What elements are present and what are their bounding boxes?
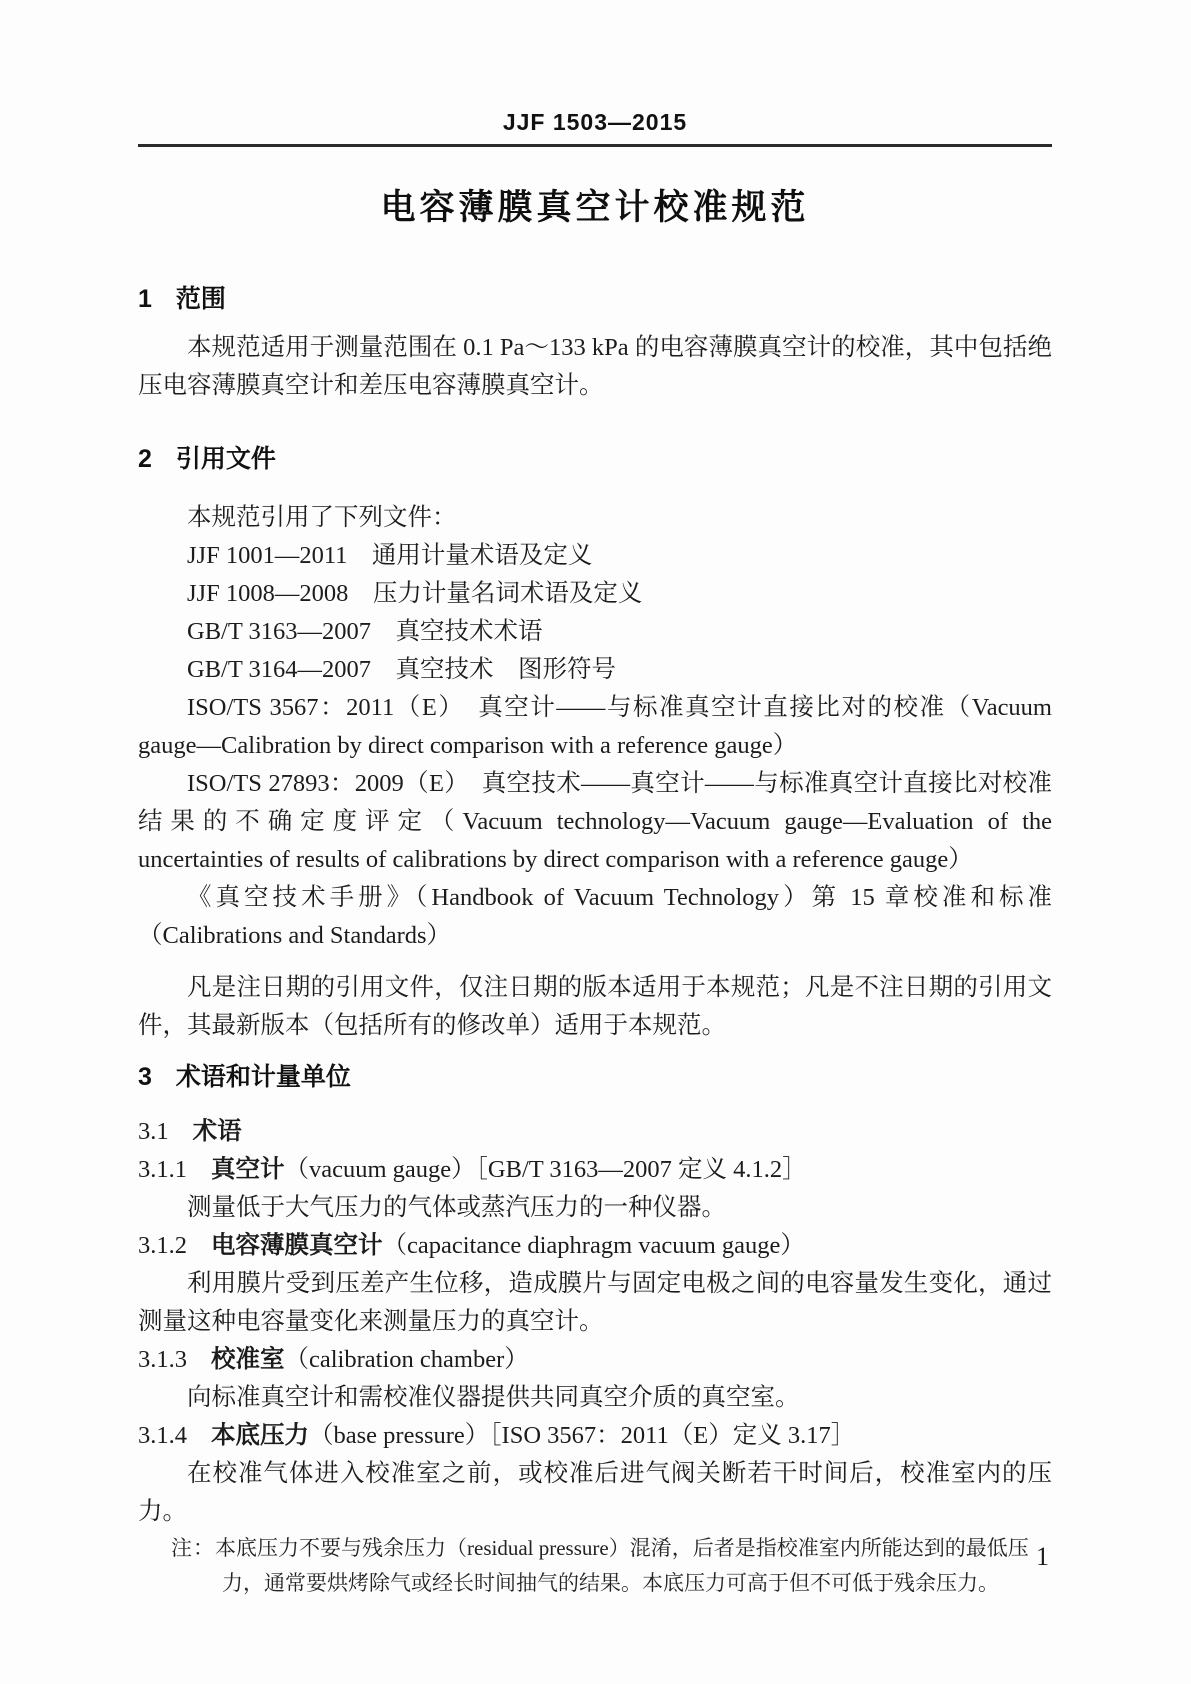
term-definition-3-1-1: 测量低于大气压力的气体或蒸汽压力的一种仪器。	[138, 1189, 1052, 1227]
term-number: 3.1.4	[138, 1422, 187, 1449]
running-header: JJF 1503—2015	[138, 0, 1052, 136]
header-rule	[138, 144, 1052, 147]
term-latin: （capacitance diaphragm vacuum gauge）	[383, 1232, 805, 1259]
section-1-number: 1	[138, 285, 152, 313]
section-2-number: 2	[138, 445, 152, 473]
reference-item: JJF 1001—2011 通用计量术语及定义	[138, 537, 1052, 575]
section-2-heading: 2引用文件	[138, 443, 1052, 475]
term-heading-3-1-3: 3.1.3校准室（calibration chamber）	[138, 1341, 1052, 1379]
term-definition-3-1-3: 向标准真空计和需校准仪器提供共同真空介质的真空室。	[138, 1379, 1052, 1417]
section-3-number: 3	[138, 1063, 152, 1091]
document-title: 电容薄膜真空计校准规范	[138, 185, 1052, 231]
subsection-3-1-title: 术语	[193, 1118, 242, 1145]
reference-item: ISO/TS 3567：2011（E） 真空计——与标准真空计直接比对的校准（V…	[138, 689, 1052, 765]
note-label: 注：	[171, 1536, 215, 1560]
term-name: 校准室	[211, 1346, 285, 1373]
reference-item: GB/T 3163—2007 真空技术术语	[138, 613, 1052, 651]
page-content: JJF 1503—2015 电容薄膜真空计校准规范 1范围 本规范适用于测量范围…	[138, 0, 1052, 1601]
reference-item: JJF 1008—2008 压力计量名词术语及定义	[138, 575, 1052, 613]
term-number: 3.1.2	[138, 1232, 187, 1259]
term-latin: （vacuum gauge）［GB/T 3163—2007 定义 4.1.2］	[285, 1156, 807, 1183]
term-heading-3-1-4: 3.1.4本底压力（base pressure）［ISO 3567：2011（E…	[138, 1417, 1052, 1455]
term-number: 3.1.3	[138, 1346, 187, 1373]
reference-item: GB/T 3164—2007 真空技术 图形符号	[138, 651, 1052, 689]
section-1-heading: 1范围	[138, 283, 1052, 315]
term-name: 本底压力	[211, 1422, 309, 1449]
section-2-intro: 本规范引用了下列文件：	[138, 499, 1052, 537]
term-number: 3.1.1	[138, 1156, 187, 1183]
term-name: 真空计	[211, 1156, 285, 1183]
term-latin: （calibration chamber）	[285, 1346, 529, 1373]
subsection-3-1-heading: 3.1术语	[138, 1113, 1052, 1151]
term-heading-3-1-2: 3.1.2电容薄膜真空计（capacitance diaphragm vacuu…	[138, 1227, 1052, 1265]
section-1-paragraph: 本规范适用于测量范围在 0.1 Pa～133 kPa 的电容薄膜真空计的校准，其…	[138, 329, 1052, 405]
term-definition-3-1-4: 在校准气体进入校准室之前，或校准后进气阀关断若干时间后，校准室内的压力。	[138, 1455, 1052, 1531]
section-3-title: 术语和计量单位	[176, 1063, 351, 1091]
page-number: 1	[1036, 1542, 1049, 1572]
term-heading-3-1-1: 3.1.1真空计（vacuum gauge）［GB/T 3163—2007 定义…	[138, 1151, 1052, 1189]
term-name: 电容薄膜真空计	[211, 1232, 383, 1259]
term-latin: （base pressure）［ISO 3567：2011（E）定义 3.17］	[309, 1422, 855, 1449]
section-3-heading: 3术语和计量单位	[138, 1061, 1052, 1093]
document-page: JJF 1503—2015 电容薄膜真空计校准规范 1范围 本规范适用于测量范围…	[0, 0, 1191, 1684]
reference-item: 《真空技术手册》（Handbook of Vacuum Technology）第…	[138, 879, 1052, 955]
section-1-title: 范围	[176, 285, 226, 313]
term-note-3-1-4: 注：本底压力不要与残余压力（residual pressure）混淆，后者是指校…	[138, 1531, 1052, 1601]
term-definition-3-1-2: 利用膜片受到压差产生位移，造成膜片与固定电极之间的电容量发生变化，通过测量这种电…	[138, 1265, 1052, 1341]
section-2-outro: 凡是注日期的引用文件，仅注日期的版本适用于本规范；凡是不注日期的引用文件，其最新…	[138, 969, 1052, 1045]
section-2-title: 引用文件	[176, 445, 276, 473]
reference-item: ISO/TS 27893：2009（E） 真空技术——真空计——与标准真空计直接…	[138, 765, 1052, 879]
note-text: 本底压力不要与残余压力（residual pressure）混淆，后者是指校准室…	[215, 1536, 1029, 1595]
subsection-3-1-number: 3.1	[138, 1118, 169, 1145]
